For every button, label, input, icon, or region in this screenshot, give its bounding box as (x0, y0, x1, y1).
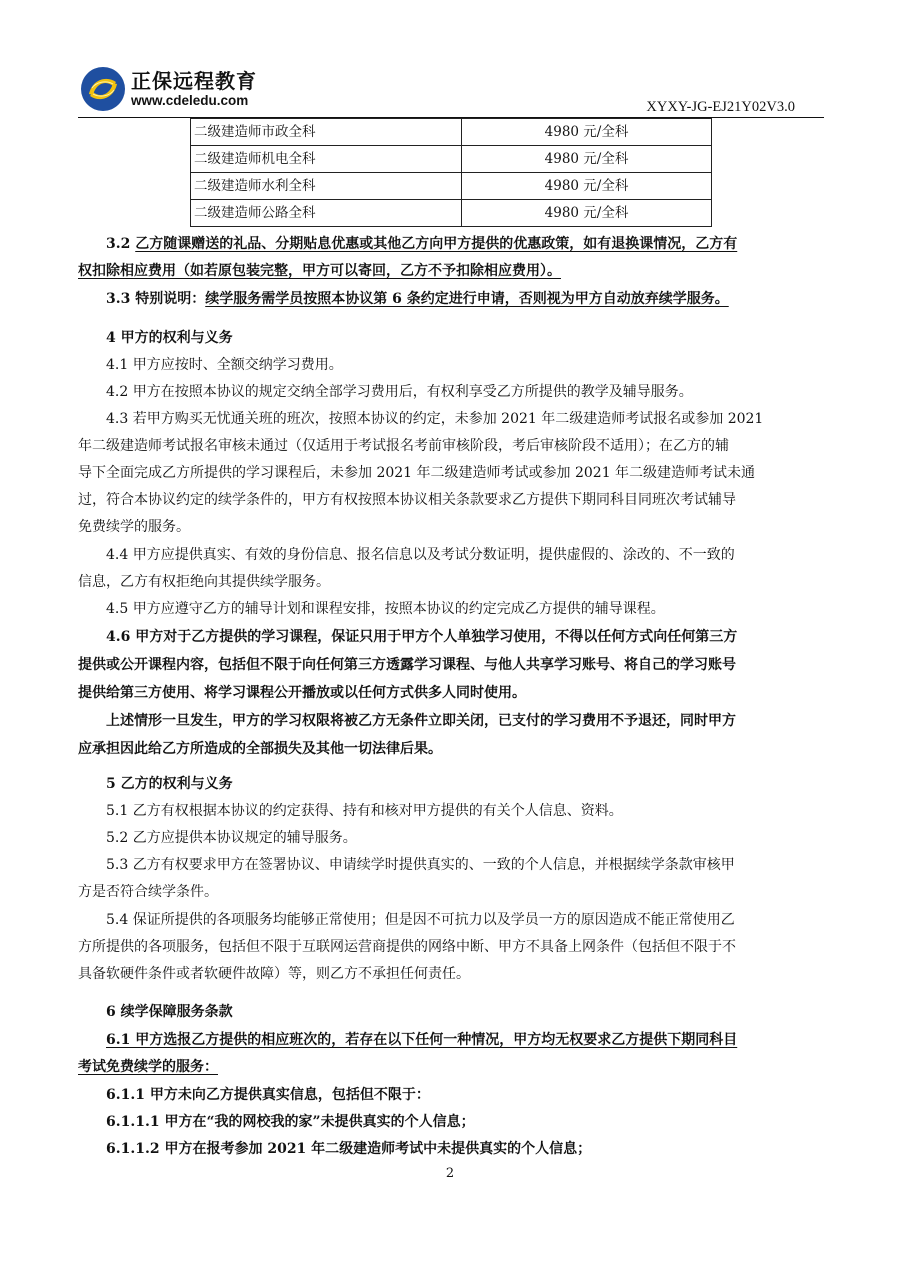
clause-4-3-line-3: 导下全面完成乙方所提供的学习课程后，未参加 2021 年二级建造师考试或参加 2… (78, 463, 824, 483)
document-code: XYXY-JG-EJ21Y02V3.0 (646, 99, 795, 116)
cdeledu-logo-icon (80, 66, 126, 112)
clause-3-2-line-2: 权扣除相应费用（如若原包装完整，甲方可以寄回，乙方不予扣除相应费用）。 (78, 261, 824, 281)
clause-6-1-1-1: 6.1.1.1 甲方在“我的网校我的家”未提供真实的个人信息； (106, 1112, 824, 1132)
table-row: 二级建造师市政全科 4980 元/全科 (191, 119, 712, 146)
table-row: 二级建造师机电全科 4980 元/全科 (191, 146, 712, 173)
clause-5-3-line-1: 5.3 乙方有权要求甲方在签署协议、申请续学时提供真实的、一致的个人信息，并根据… (106, 855, 824, 875)
brand-url: www.cdeledu.com (131, 93, 248, 109)
table-row: 二级建造师公路全科 4980 元/全科 (191, 200, 712, 227)
page-number: 2 (0, 1166, 900, 1181)
section-6-title: 6 续学保障服务条款 (106, 1002, 824, 1022)
course-price: 4980 元/全科 (462, 119, 712, 146)
clause-3-3: 3.3 特别说明：续学服务需学员按照本协议第 6 条约定进行申请，否则视为甲方自… (106, 289, 824, 309)
clause-3-2-line-1: 3.2 乙方随课赠送的礼品、分期贴息优惠或其他乙方向甲方提供的优惠政策，如有退换… (106, 234, 824, 254)
clause-4-4-line-1: 4.4 甲方应提供真实、有效的身份信息、报名信息以及考试分数证明，提供虚假的、涂… (106, 545, 824, 565)
clause-4-3-line-2: 年二级建造师考试报名审核未通过（仅适用于考试报名考前审核阶段，考后审核阶段不适用… (78, 436, 824, 456)
price-table: 二级建造师市政全科 4980 元/全科 二级建造师机电全科 4980 元/全科 … (190, 118, 712, 227)
clause-5-3-line-2: 方是否符合续学条件。 (78, 882, 824, 902)
clause-text: 乙方随课赠送的礼品、分期贴息优惠或其他乙方向甲方提供的优惠政策，如有退换课情况，… (135, 236, 737, 252)
course-name: 二级建造师公路全科 (191, 200, 462, 227)
table-row: 二级建造师水利全科 4980 元/全科 (191, 173, 712, 200)
section-4-title: 4 甲方的权利与义务 (106, 328, 824, 348)
brand-name: 正保远程教育 (131, 70, 257, 92)
course-name: 二级建造师市政全科 (191, 119, 462, 146)
clause-4-6-line-3: 提供给第三方使用、将学习课程公开播放或以任何方式供多人同时使用。 (78, 683, 824, 703)
clause-5-2: 5.2 乙方应提供本协议规定的辅导服务。 (106, 828, 824, 848)
clause-4-6-line-1: 4.6 甲方对于乙方提供的学习课程，保证只用于甲方个人单独学习使用，不得以任何方… (106, 627, 824, 647)
clause-4-3-line-1: 4.3 若甲方购买无忧通关班的班次，按照本协议的约定，未参加 2021 年二级建… (106, 409, 824, 429)
clause-number: 3.2 (106, 236, 135, 252)
clause-4-4-line-2: 信息，乙方有权拒绝向其提供续学服务。 (78, 572, 824, 592)
clause-4-3-line-4: 过，符合本协议约定的续学条件的，甲方有权按照本协议相关条款要求乙方提供下期同科目… (78, 490, 824, 510)
course-price: 4980 元/全科 (462, 146, 712, 173)
course-name: 二级建造师水利全科 (191, 173, 462, 200)
clause-6-1-line-2: 考试免费续学的服务： (78, 1057, 824, 1077)
course-name: 二级建造师机电全科 (191, 146, 462, 173)
document-page: 正保远程教育 www.cdeledu.com XYXY-JG-EJ21Y02V3… (0, 0, 900, 1273)
clause-number: 3.3 特别说明： (106, 291, 205, 307)
clause-4-5: 4.5 甲方应遵守乙方的辅导计划和课程安排，按照本协议的约定完成乙方提供的辅导课… (106, 599, 824, 619)
clause-5-4-line-2: 方所提供的各项服务，包括但不限于互联网运营商提供的网络中断、甲方不具备上网条件（… (78, 937, 824, 957)
clause-5-4-line-3: 具备软硬件条件或者软硬件故障）等，则乙方不承担任何责任。 (78, 964, 824, 984)
clause-5-1: 5.1 乙方有权根据本协议的约定获得、持有和核对甲方提供的有关个人信息、资料。 (106, 801, 824, 821)
clause-text: 续学服务需学员按照本协议第 6 条约定进行申请，否则视为甲方自动放弃续学服务。 (205, 291, 729, 307)
clause-4-2: 4.2 甲方在按照本协议的规定交纳全部学习费用后，有权利享受乙方所提供的教学及辅… (106, 382, 824, 402)
clause-6-1-line-1: 6.1 甲方选报乙方提供的相应班次的，若存在以下任何一种情况，甲方均无权要求乙方… (106, 1030, 824, 1050)
clause-6-1-1-2: 6.1.1.2 甲方在报考参加 2021 年二级建造师考试中未提供真实的个人信息… (106, 1139, 824, 1159)
clause-6-1-1: 6.1.1 甲方未向乙方提供真实信息，包括但不限于： (106, 1085, 824, 1105)
course-price: 4980 元/全科 (462, 173, 712, 200)
clause-5-4-line-1: 5.4 保证所提供的各项服务均能够正常使用；但是因不可抗力以及学员一方的原因造成… (106, 910, 824, 930)
clause-4-3-line-5: 免费续学的服务。 (78, 517, 824, 537)
section-5-title: 5 乙方的权利与义务 (106, 774, 824, 794)
course-price: 4980 元/全科 (462, 200, 712, 227)
clause-4-6-consequence-line-2: 应承担因此给乙方所造成的全部损失及其他一切法律后果。 (78, 739, 824, 759)
clause-4-6-consequence-line-1: 上述情形一旦发生，甲方的学习权限将被乙方无条件立即关闭，已支付的学习费用不予退还… (106, 711, 824, 731)
clause-4-6-line-2: 提供或公开课程内容，包括但不限于向任何第三方透露学习课程、与他人共享学习账号、将… (78, 655, 824, 675)
clause-4-1: 4.1 甲方应按时、全额交纳学习费用。 (106, 355, 824, 375)
